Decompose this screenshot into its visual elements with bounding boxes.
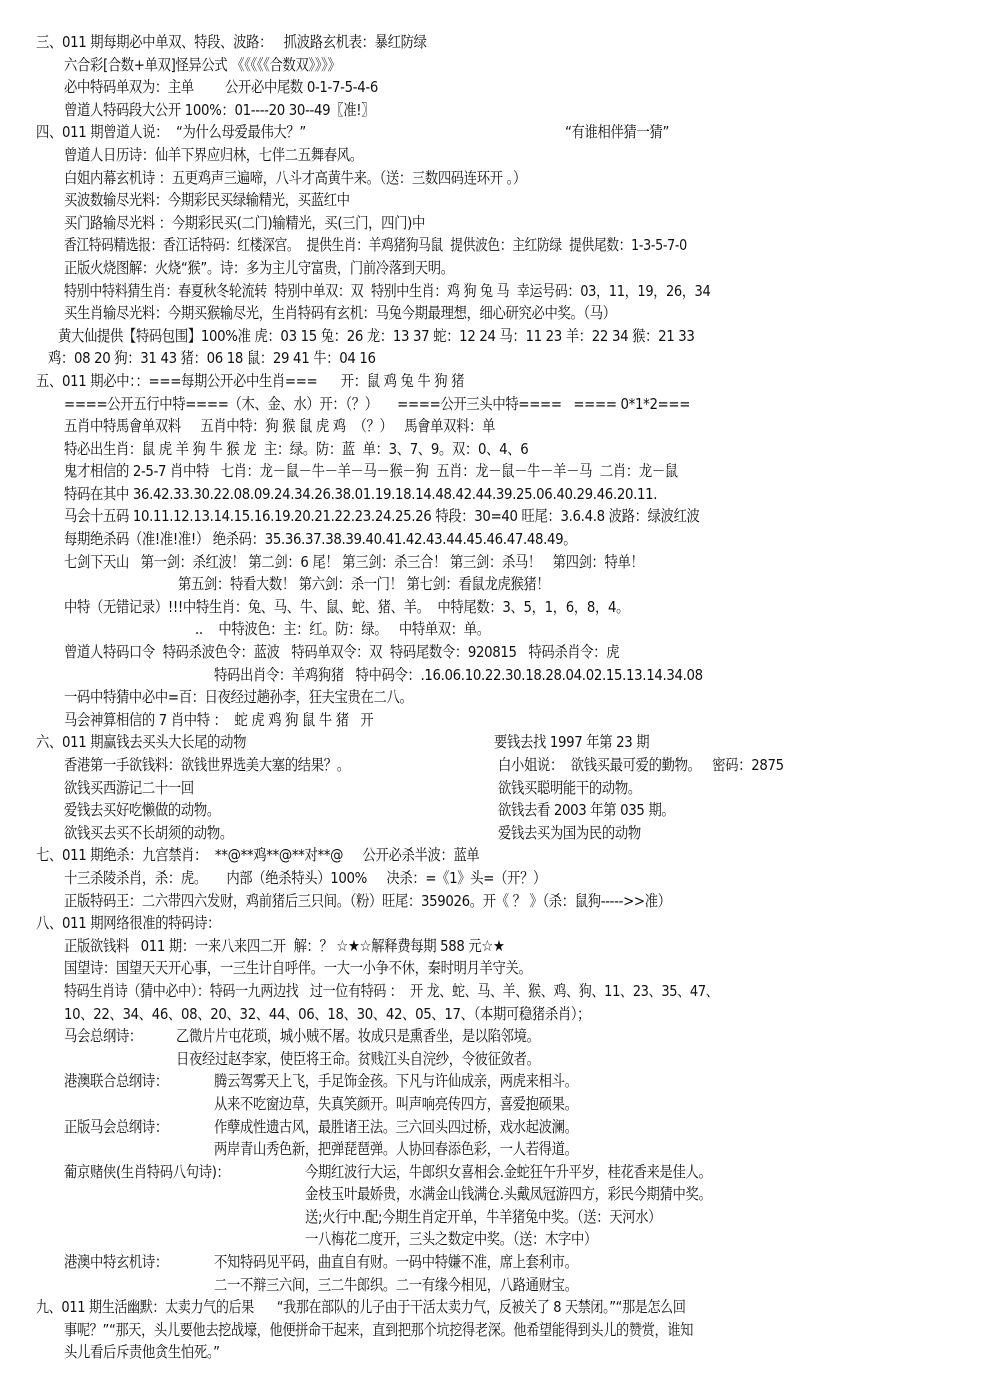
- line-text: 国望诗：国望天天开心事，一三生计自呼伴。一大一小争不休，秦时明月羊守关。: [64, 957, 532, 980]
- line-text: 正版欲钱料 011 期：一来八来四二开 解：？ ☆★☆解释费每期 588 元☆★: [64, 935, 505, 958]
- section-4-heading: 四、011 期曾道人说： “为什么母爱最伟大？” “有谁相伴猜一猜”: [0, 121, 1005, 144]
- text-line: 鬼才相信的 2-5-7 肖中特 七肖：龙－鼠－牛－羊－马－猴－狗 五肖：龙－鼠－…: [0, 460, 1005, 483]
- text-line: 必中特码单双为：主单 公开必中尾数 0-1-7-5-4-6: [0, 76, 1005, 99]
- line-text: 一码中特猜中必中=百：日夜经过趟孙李，狂夫宝贵在二八。: [64, 686, 412, 709]
- poem-text: 二一不辩三六间，三二牛郎织。二一有缘今相见，八路通财宝。: [214, 1274, 578, 1297]
- text-line: 白姐内幕玄机诗 ：五更鸡声三遍啼，八斗才高黄牛来。（送：三数四码连环开 。）: [0, 167, 1005, 190]
- text-line: 国望诗：国望天天开心事，一三生计自呼伴。一大一小争不休，秦时明月羊守关。: [0, 957, 1005, 980]
- line-text: 马会十五码 10.11.12.13.14.15.16.19.20.21.22.2…: [64, 505, 700, 528]
- line-text: 特码生肖诗（猜中必中）：特码一九两边找 过一位有特码 ： 开 龙、蛇、马、羊、猴…: [64, 980, 718, 1003]
- text-line: 五肖中特馬會单双料 五肖中特：狗 猴 鼠 虎 鸡 （？） 馬會单双料：单: [0, 415, 1005, 438]
- line-text: 五肖中特馬會单双料 五肖中特：狗 猴 鼠 虎 鸡 （？） 馬會单双料：单: [64, 415, 495, 438]
- line-text: 必中特码单双为：主单 公开必中尾数 0-1-7-5-4-6: [64, 76, 378, 99]
- text-line: ====公开五行中特====（木、金、水）开：（？） ====公开三头中特===…: [0, 393, 1005, 416]
- section-6-heading: 六、011 期赢钱去买头大长尾的动物 要钱去找 1997 年第 23 期: [0, 731, 1005, 754]
- poem-label: 葡京赌侠(生肖特码八句诗)：: [64, 1161, 230, 1184]
- heading-text: 七、011 期绝杀：九宫禁肖： **@**鸡**@**对**@ 公开必杀半波：蓝…: [36, 844, 479, 867]
- riddle-left: 香港第一手欲钱料：欲钱世界选美大塞的结果？。: [64, 754, 350, 777]
- text-line: 特码在其中 36.42.33.30.22.08.09.24.34.26.38.0…: [0, 483, 1005, 506]
- poem-line: 送;火行中.配;今期生肖定开单，牛羊猪兔中奖。（送：天河水）: [0, 1206, 1005, 1229]
- line-text: 曾道人特码段大公开 100%：01----20 30--49〖准!〗: [64, 99, 374, 122]
- poem-text: 作孽成性遗古风，最胜诸王法。三六回头四过桥，戏水起波澜。: [214, 1116, 578, 1139]
- heading-quote: “有谁相伴猜一猜”: [565, 121, 669, 144]
- text-line: 马会神算相信的 7 肖中特 ： 蛇 虎 鸡 狗 鼠 牛 猪 开: [0, 709, 1005, 732]
- heading-text: 三、011 期每期必中单双、特段、波路： 抓波路玄机表：暴红防绿: [36, 31, 427, 54]
- poem-text: 日夜经过赵李家，使臣将王命。贫贱江头自浣纱，令彼征敛者。: [176, 1048, 540, 1071]
- heading-right-text: 要钱去找 1997 年第 23 期: [494, 731, 649, 754]
- line-text: 特别中特料猜生肖：春夏秋冬轮流转 特别中单双：双 特别中生肖：鸡 狗 兔 马 幸…: [64, 280, 710, 303]
- line-text: 买门路输尽光料 ：今期彩民买(二门)输精光，买(三门，四门)中: [64, 212, 425, 235]
- text-line: 七剑下天山 第一剑：杀红波！ 第二剑：6 尾！ 第三剑：杀三合！ 第三剑：杀马！…: [0, 551, 1005, 574]
- line-text: 每期绝杀码（准!准!准!） 绝杀码：35.36.37.38.39.40.41.4…: [64, 528, 576, 551]
- poem-text: 金枝玉叶最娇贵，水满金山钱满仓.头戴凤冠游四方，彩民今期猜中奖。: [305, 1183, 711, 1206]
- line-text: 鬼才相信的 2-5-7 肖中特 七肖：龙－鼠－牛－羊－马－猴－狗 五肖：龙－鼠－…: [64, 460, 678, 483]
- line-text: 特码在其中 36.42.33.30.22.08.09.24.34.26.38.0…: [64, 483, 657, 506]
- poem-line: 葡京赌侠(生肖特码八句诗)： 今期红波行大运，牛郎织女喜相会.金蛇狂午升平岁，桂…: [0, 1161, 1005, 1184]
- text-line: 马会十五码 10.11.12.13.14.15.16.19.20.21.22.2…: [0, 505, 1005, 528]
- text-line: 中特（无错记录）!!!中特生肖：兔、马、牛、鼠、蛇、猪、羊。 中特尾数：3、5，…: [0, 596, 1005, 619]
- text-line: 爱钱去买好吃懒做的动物。 欲钱去看 2003 年第 035 期。: [0, 799, 1005, 822]
- text-line: 买门路输尽光料 ：今期彩民买(二门)输精光，买(三门，四门)中: [0, 212, 1005, 235]
- heading-text: 四、011 期曾道人说： “为什么母爱最伟大？”: [36, 121, 306, 144]
- text-line: 正版特码王：二六带四六发财，鸡前猪后三只间。（粉）旺尾：359026。开《 ？ …: [0, 890, 1005, 913]
- poem-line: 正版马会总纲诗： 作孽成性遗古风，最胜诸王法。三六回头四过桥，戏水起波澜。: [0, 1116, 1005, 1139]
- riddle-left: 欲钱买去买不长胡须的动物。: [64, 822, 233, 845]
- lottery-document: 三、011 期每期必中单双、特段、波路： 抓波路玄机表：暴红防绿 六合彩[合数+…: [0, 31, 1005, 1364]
- text-line: 买波数输尽光料：今期彩民买绿输精光，买蓝红中: [0, 189, 1005, 212]
- line-text: 曾道人特码口令 特码杀波色令：蓝波 特码单双令：双 特码尾数令：920815 特…: [64, 641, 619, 664]
- poem-label: 港澳中特玄机诗：: [64, 1251, 168, 1274]
- section-9-heading: 九、011 期生活幽默：太卖力气的后果 “我那在部队的儿子由于干活太卖力气，反被…: [0, 1296, 1005, 1319]
- line-text: .. 中特波色：主：红。防：绿。 中特单双：单。: [195, 618, 490, 641]
- text-line: 特别中特料猜生肖：春夏秋冬轮流转 特别中单双：双 特别中生肖：鸡 狗 兔 马 幸…: [0, 280, 1005, 303]
- line-text: 事呢？”“那天，头儿要他去挖战壕，他便拼命干起来，直到把那个坑挖得老深。他希望能…: [64, 1319, 693, 1342]
- poem-line: 金枝玉叶最娇贵，水满金山钱满仓.头戴凤冠游四方，彩民今期猜中奖。: [0, 1183, 1005, 1206]
- line-text: 特必出生肖：鼠 虎 羊 狗 牛 猴 龙 主：绿。防：蓝 单：3、7、9。双：0、…: [64, 438, 528, 461]
- text-line: .. 中特波色：主：红。防：绿。 中特单双：单。: [0, 618, 1005, 641]
- poem-text: 一八梅花二度开，三头之数定中奖。（送：木字中）: [305, 1228, 597, 1251]
- line-text: 马会神算相信的 7 肖中特 ： 蛇 虎 鸡 狗 鼠 牛 猪 开: [64, 709, 373, 732]
- poem-line: 港澳联合总纲诗： 腾云驾雾天上飞，手足饰金孩。下凡与许仙成亲，两虎来相斗。: [0, 1070, 1005, 1093]
- riddle-left: 爱钱去买好吃懒做的动物。: [64, 799, 220, 822]
- poem-text: 两岸青山秀色新，把弹琵琶弹。人协回春添色彩，一人若得道。: [214, 1138, 578, 1161]
- poem-label: 马会总纲诗：: [64, 1025, 142, 1048]
- section-8-heading: 八、011 期网络很准的特码诗：: [0, 912, 1005, 935]
- poem-line: 两岸青山秀色新，把弹琵琶弹。人协回春添色彩，一人若得道。: [0, 1138, 1005, 1161]
- text-line: 鸡：08 20 狗：31 43 猪：06 18 鼠：29 41 牛：04 16: [0, 347, 1005, 370]
- line-text: 十三杀陵杀肖，杀：虎。 内部（绝杀特头）100% 决杀：=《1》头=（开？）: [64, 867, 546, 890]
- heading-text: 八、011 期网络很准的特码诗：: [36, 912, 220, 935]
- poem-text: 从来不吃窗边草，失真笑颜开。叫声响亮传四方，喜爱抱硕果。: [214, 1093, 578, 1116]
- poem-label: 港澳联合总纲诗：: [64, 1070, 168, 1093]
- line-text: 白姐内幕玄机诗 ：五更鸡声三遍啼，八斗才高黄牛来。（送：三数四码连环开 。）: [64, 167, 526, 190]
- text-line: 曾道人特码口令 特码杀波色令：蓝波 特码单双令：双 特码尾数令：920815 特…: [0, 641, 1005, 664]
- text-line: 事呢？”“那天，头儿要他去挖战壕，他便拼命干起来，直到把那个坑挖得老深。他希望能…: [0, 1319, 1005, 1342]
- heading-text: 六、011 期赢钱去买头大长尾的动物: [36, 731, 246, 754]
- line-text: 香江特码精选报：香江话特码：红楼深宫。 提供生肖：羊鸡猪狗马鼠 提供波色：主红防…: [64, 234, 687, 257]
- text-line: 买生肖输尽光料：今期买猴输尽光，生肖特码有玄机：马兔今期最理想，细心研究必中奖。…: [0, 302, 1005, 325]
- line-text: 10、22、34、46、08、20、32、44、06、18、30、42、05、1…: [64, 1003, 590, 1026]
- text-line: 特码生肖诗（猜中必中）：特码一九两边找 过一位有特码 ： 开 龙、蛇、马、羊、猴…: [0, 980, 1005, 1003]
- heading-text: 五、011 期必中：：===每期公开必中生肖=== 开：鼠 鸡 兔 牛 狗 猪: [36, 370, 464, 393]
- text-line: 一码中特猜中必中=百：日夜经过趟孙李，狂夫宝贵在二八。: [0, 686, 1005, 709]
- text-line: 特码出肖令：羊鸡狗猪 特中码令：.16.06.10.22.30.18.28.04…: [0, 664, 1005, 687]
- text-line: 正版火烧图解：火烧“猴”。诗：多为主儿守富贵，门前冷落到天明。: [0, 257, 1005, 280]
- line-text: 买生肖输尽光料：今期买猴输尽光，生肖特码有玄机：马兔今期最理想，细心研究必中奖。…: [64, 302, 616, 325]
- text-line: 十三杀陵杀肖，杀：虎。 内部（绝杀特头）100% 决杀：=《1》头=（开？）: [0, 867, 1005, 890]
- line-text: 第五剑：特看大数！ 第六剑：杀一门！ 第七剑：看鼠龙虎猴猪！: [178, 573, 549, 596]
- text-line: 黄大仙提供【特码包围】100%准 虎：03 15 兔：26 龙：13 37 蛇：…: [0, 325, 1005, 348]
- poem-line: 二一不辩三六间，三二牛郎织。二一有缘今相见，八路通财宝。: [0, 1274, 1005, 1297]
- riddle-right: 白小姐说： 欲钱买最可爱的勤物。 密码：2875: [498, 754, 784, 777]
- text-line: 曾道人特码段大公开 100%：01----20 30--49〖准!〗: [0, 99, 1005, 122]
- riddle-right: 爱钱去买为国为民的动物: [498, 822, 641, 845]
- line-text: 七剑下天山 第一剑：杀红波！ 第二剑：6 尾！ 第三剑：杀三合！ 第三剑：杀马！…: [64, 551, 644, 574]
- text-line: 欲钱买西游记二十一回 欲钱买聪明能干的动物。: [0, 777, 1005, 800]
- poem-text: 不知特码见平码，曲直自有财。一码中特嫌不准，席上套利市。: [214, 1251, 578, 1274]
- poem-label: 正版马会总纲诗：: [64, 1116, 168, 1139]
- text-line: 特必出生肖：鼠 虎 羊 狗 牛 猴 龙 主：绿。防：蓝 单：3、7、9。双：0、…: [0, 438, 1005, 461]
- poem-text: 腾云驾雾天上飞，手足饰金孩。下凡与许仙成亲，两虎来相斗。: [214, 1070, 578, 1093]
- text-line: 第五剑：特看大数！ 第六剑：杀一门！ 第七剑：看鼠龙虎猴猪！: [0, 573, 1005, 596]
- text-line: 香江特码精选报：香江话特码：红楼深宫。 提供生肖：羊鸡猪狗马鼠 提供波色：主红防…: [0, 234, 1005, 257]
- text-line: 曾道人日历诗：仙羊下界应归林，七伴二五舞春风。: [0, 144, 1005, 167]
- poem-line: 从来不吃窗边草，失真笑颜开。叫声响亮传四方，喜爱抱硕果。: [0, 1093, 1005, 1116]
- line-text: 买波数输尽光料：今期彩民买绿输精光，买蓝红中: [64, 189, 350, 212]
- poem-text: 送;火行中.配;今期生肖定开单，牛羊猪兔中奖。（送：天河水）: [305, 1206, 661, 1229]
- poem-line: 港澳中特玄机诗： 不知特码见平码，曲直自有财。一码中特嫌不准，席上套利市。: [0, 1251, 1005, 1274]
- riddle-right: 欲钱买聪明能干的动物。: [498, 777, 641, 800]
- line-text: ====公开五行中特====（木、金、水）开：（？） ====公开三头中特===…: [64, 393, 690, 416]
- line-text: 黄大仙提供【特码包围】100%准 虎：03 15 兔：26 龙：13 37 蛇：…: [58, 325, 695, 348]
- line-text: 中特（无错记录）!!!中特生肖：兔、马、牛、鼠、蛇、猪、羊。 中特尾数：3、5，…: [64, 596, 629, 619]
- text-line: 10、22、34、46、08、20、32、44、06、18、30、42、05、1…: [0, 1003, 1005, 1026]
- line-text: 六合彩[合数+单双]怪异公式 《《《《《合数双》》》》: [64, 54, 340, 77]
- section-5-heading: 五、011 期必中：：===每期公开必中生肖=== 开：鼠 鸡 兔 牛 狗 猪: [0, 370, 1005, 393]
- text-line: 正版欲钱料 011 期：一来八来四二开 解：？ ☆★☆解释费每期 588 元☆★: [0, 935, 1005, 958]
- text-line: 头儿看后斥责他贪生怕死。”: [0, 1341, 1005, 1364]
- riddle-right: 欲钱去看 2003 年第 035 期。: [498, 799, 674, 822]
- line-text: 头儿看后斥责他贪生怕死。”: [64, 1341, 220, 1364]
- riddle-left: 欲钱买西游记二十一回: [64, 777, 194, 800]
- text-line: 欲钱买去买不长胡须的动物。 爱钱去买为国为民的动物: [0, 822, 1005, 845]
- heading-text: 九、011 期生活幽默：太卖力气的后果 “我那在部队的儿子由于干活太卖力气，反被…: [36, 1296, 686, 1319]
- poem-line: 日夜经过赵李家，使臣将王命。贫贱江头自浣纱，令彼征敛者。: [0, 1048, 1005, 1071]
- text-line: 香港第一手欲钱料：欲钱世界选美大塞的结果？。 白小姐说： 欲钱买最可爱的勤物。 …: [0, 754, 1005, 777]
- section-7-heading: 七、011 期绝杀：九宫禁肖： **@**鸡**@**对**@ 公开必杀半波：蓝…: [0, 844, 1005, 867]
- poem-line: 一八梅花二度开，三头之数定中奖。（送：木字中）: [0, 1228, 1005, 1251]
- line-text: 曾道人日历诗：仙羊下界应归林，七伴二五舞春风。: [64, 144, 363, 167]
- line-text: 正版特码王：二六带四六发财，鸡前猪后三只间。（粉）旺尾：359026。开《 ？ …: [64, 890, 671, 913]
- section-3-heading: 三、011 期每期必中单双、特段、波路： 抓波路玄机表：暴红防绿: [0, 31, 1005, 54]
- text-line: 每期绝杀码（准!准!准!） 绝杀码：35.36.37.38.39.40.41.4…: [0, 528, 1005, 551]
- line-text: 鸡：08 20 狗：31 43 猪：06 18 鼠：29 41 牛：04 16: [48, 347, 376, 370]
- text-line: 六合彩[合数+单双]怪异公式 《《《《《合数双》》》》: [0, 54, 1005, 77]
- line-text: 正版火烧图解：火烧“猴”。诗：多为主儿守富贵，门前冷落到天明。: [64, 257, 454, 280]
- line-text: 特码出肖令：羊鸡狗猪 特中码令：.16.06.10.22.30.18.28.04…: [214, 664, 703, 687]
- poem-text: 今期红波行大运，牛郎织女喜相会.金蛇狂午升平岁，桂花香来是佳人。: [305, 1161, 711, 1184]
- poem-line: 马会总纲诗： 乙微片片屯花琐，城小贼不屠。妆成只是熏香坐，是以陷邻境。: [0, 1025, 1005, 1048]
- poem-text: 乙微片片屯花琐，城小贼不屠。妆成只是熏香坐，是以陷邻境。: [176, 1025, 540, 1048]
